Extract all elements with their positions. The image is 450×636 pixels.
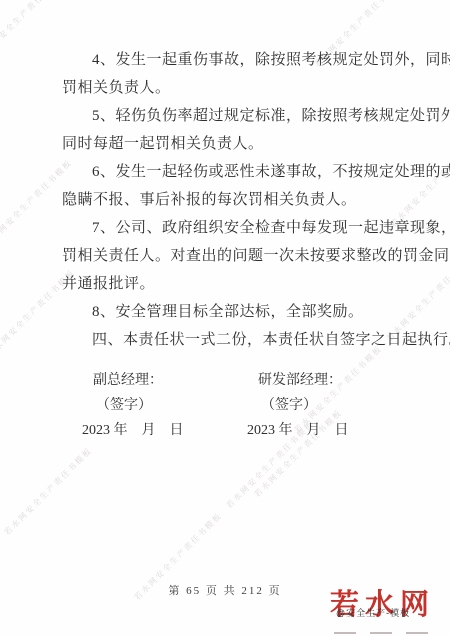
body-line: 7、公司、政府组织安全检查中每发现一起违章现象，	[62, 214, 398, 242]
body-line: 罚相关负责人。	[62, 74, 398, 102]
body-line: 同时每超一起罚相关负责人。	[62, 130, 398, 158]
signature-left-title: 副总经理：	[82, 368, 184, 393]
signature-right-hint: （签字）	[247, 393, 349, 418]
site-logo: 若水网 @安全生产-模板	[330, 590, 448, 630]
body-line: 6、发生一起轻伤或恶性未遂事故，不按规定处理的或	[62, 158, 398, 186]
site-logo-overlay-text: @安全生产-模板	[336, 606, 410, 619]
signature-left-hint: （签字）	[82, 393, 184, 418]
signature-right-date: 2023 年 月 日	[247, 418, 349, 443]
watermark-text: 若水网安全生产责任书模板	[0, 0, 68, 63]
body-text: 4、发生一起重伤事故，除按照考核规定处罚外，同时罚相关负责人。5、轻伤负伤率超过…	[62, 46, 398, 354]
signature-right-title: 研发部经理：	[247, 368, 349, 393]
body-line: 并通报批评。	[62, 270, 398, 298]
document-page: 若水网安全生产责任书模板若水网安全生产责任书模板若水网安全生产责任书模板若水网安…	[0, 0, 450, 636]
site-logo-underline	[334, 632, 428, 634]
body-line: 罚相关责任人。对查出的问题一次未按要求整改的罚金同上，	[62, 242, 398, 270]
signature-right: 研发部经理： （签字） 2023 年 月 日	[247, 368, 349, 443]
body-line: 5、轻伤负伤率超过规定标准，除按照考核规定处罚外，	[62, 102, 398, 130]
body-line: 四、本责任状一式二份，本责任状自签字之日起执行。	[62, 326, 398, 354]
watermark-text: 若水网安全生产责任书模板	[2, 445, 95, 538]
signature-left-date: 2023 年 月 日	[82, 418, 184, 443]
body-line: 隐瞒不报、事后补报的每次罚相关负责人。	[62, 186, 398, 214]
signature-left: 副总经理： （签字） 2023 年 月 日	[82, 368, 184, 443]
body-line: 8、安全管理目标全部达标，全部奖励。	[62, 298, 398, 326]
body-line: 4、发生一起重伤事故，除按照考核规定处罚外，同时	[62, 46, 398, 74]
watermark-text: 若水网安全生产责任书模板 若水网安全生产责任书模板	[132, 418, 317, 603]
